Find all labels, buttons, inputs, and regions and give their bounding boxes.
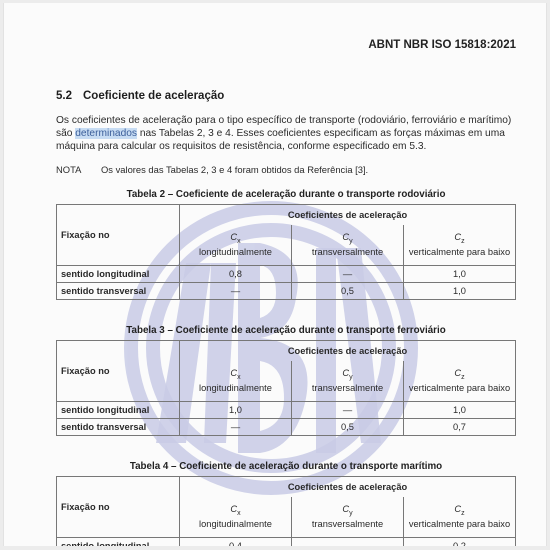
cell-value: 1,0 — [180, 402, 292, 419]
table-2-caption: Tabela 2 – Coeficiente de aceleração dur… — [56, 189, 516, 200]
row-label: sentido longitudinal — [57, 538, 180, 547]
section-heading: 5.2Coeficiente de aceleração — [56, 90, 224, 102]
column-cz: Czverticalmente para baixo — [404, 225, 516, 266]
cell-value: 0,5 — [292, 283, 404, 300]
selected-text-highlight[interactable]: determinados — [75, 128, 137, 139]
section-number: 5.2 — [56, 90, 72, 102]
table-3-caption: Tabela 3 – Coeficiente de aceleração dur… — [56, 325, 516, 336]
cell-value: 1,0 — [404, 266, 516, 283]
cell-value: 1,0 — [404, 402, 516, 419]
cell-value: — — [180, 283, 292, 300]
table-row: sentido longitudinal 0,8 — 1,0 — [57, 266, 516, 283]
cell-value: — — [292, 266, 404, 283]
table-row: sentido longitudinal 1,0 — 1,0 — [57, 402, 516, 419]
document-code: ABNT NBR ISO 15818:2021 — [368, 39, 516, 51]
group-header: Coeficientes de aceleração — [180, 341, 516, 362]
table-4-caption: Tabela 4 – Coeficiente de aceleração dur… — [56, 461, 516, 472]
column-cx: Cxlongitudinalmente — [180, 225, 292, 266]
table-3: Fixação no Coeficientes de aceleração Cx… — [56, 340, 516, 436]
fix-header: Fixação no — [57, 341, 180, 402]
section-paragraph[interactable]: Os coeficientes de aceleração para o tip… — [56, 114, 516, 154]
cell-value: 0,7 — [404, 419, 516, 436]
table-row: sentido transversal — 0,5 0,7 — [57, 419, 516, 436]
note: NOTAOs valores das Tabelas 2, 3 e 4 fora… — [56, 164, 368, 175]
fix-header: Fixação no — [57, 205, 180, 266]
column-cx: Cxlongitudinalmente — [180, 497, 292, 538]
note-label: NOTA — [56, 164, 101, 175]
column-cz: Czverticalmente para baixo — [404, 361, 516, 402]
document-page: ABNT NBR ISO 15818:2021 5.2Coeficiente d… — [3, 3, 547, 546]
row-label: sentido transversal — [57, 283, 180, 300]
column-cy: Cytransversalmente — [292, 361, 404, 402]
column-cy: Cytransversalmente — [292, 225, 404, 266]
table-2: Fixação no Coeficientes de aceleração Cx… — [56, 204, 516, 300]
group-header: Coeficientes de aceleração — [180, 477, 516, 498]
cell-value: 0,2 — [404, 538, 516, 547]
cell-value: 0,5 — [292, 419, 404, 436]
cell-value: 0,8 — [180, 266, 292, 283]
cell-value: — — [292, 538, 404, 547]
column-cx: Cxlongitudinalmente — [180, 361, 292, 402]
column-cy: Cytransversalmente — [292, 497, 404, 538]
section-title: Coeficiente de aceleração — [83, 90, 224, 102]
column-cz: Czverticalmente para baixo — [404, 497, 516, 538]
cell-value: — — [292, 402, 404, 419]
table-row: sentido transversal — 0,5 1,0 — [57, 283, 516, 300]
table-4: Fixação no Coeficientes de aceleração Cx… — [56, 476, 516, 546]
fix-header: Fixação no — [57, 477, 180, 538]
row-label: sentido transversal — [57, 419, 180, 436]
cell-value: — — [180, 419, 292, 436]
note-text: Os valores das Tabelas 2, 3 e 4 foram ob… — [101, 164, 368, 175]
cell-value: 1,0 — [404, 283, 516, 300]
row-label: sentido longitudinal — [57, 266, 180, 283]
table-row: sentido longitudinal 0,4 — 0,2 — [57, 538, 516, 547]
cell-value: 0,4 — [180, 538, 292, 547]
group-header: Coeficientes de aceleração — [180, 205, 516, 226]
row-label: sentido longitudinal — [57, 402, 180, 419]
